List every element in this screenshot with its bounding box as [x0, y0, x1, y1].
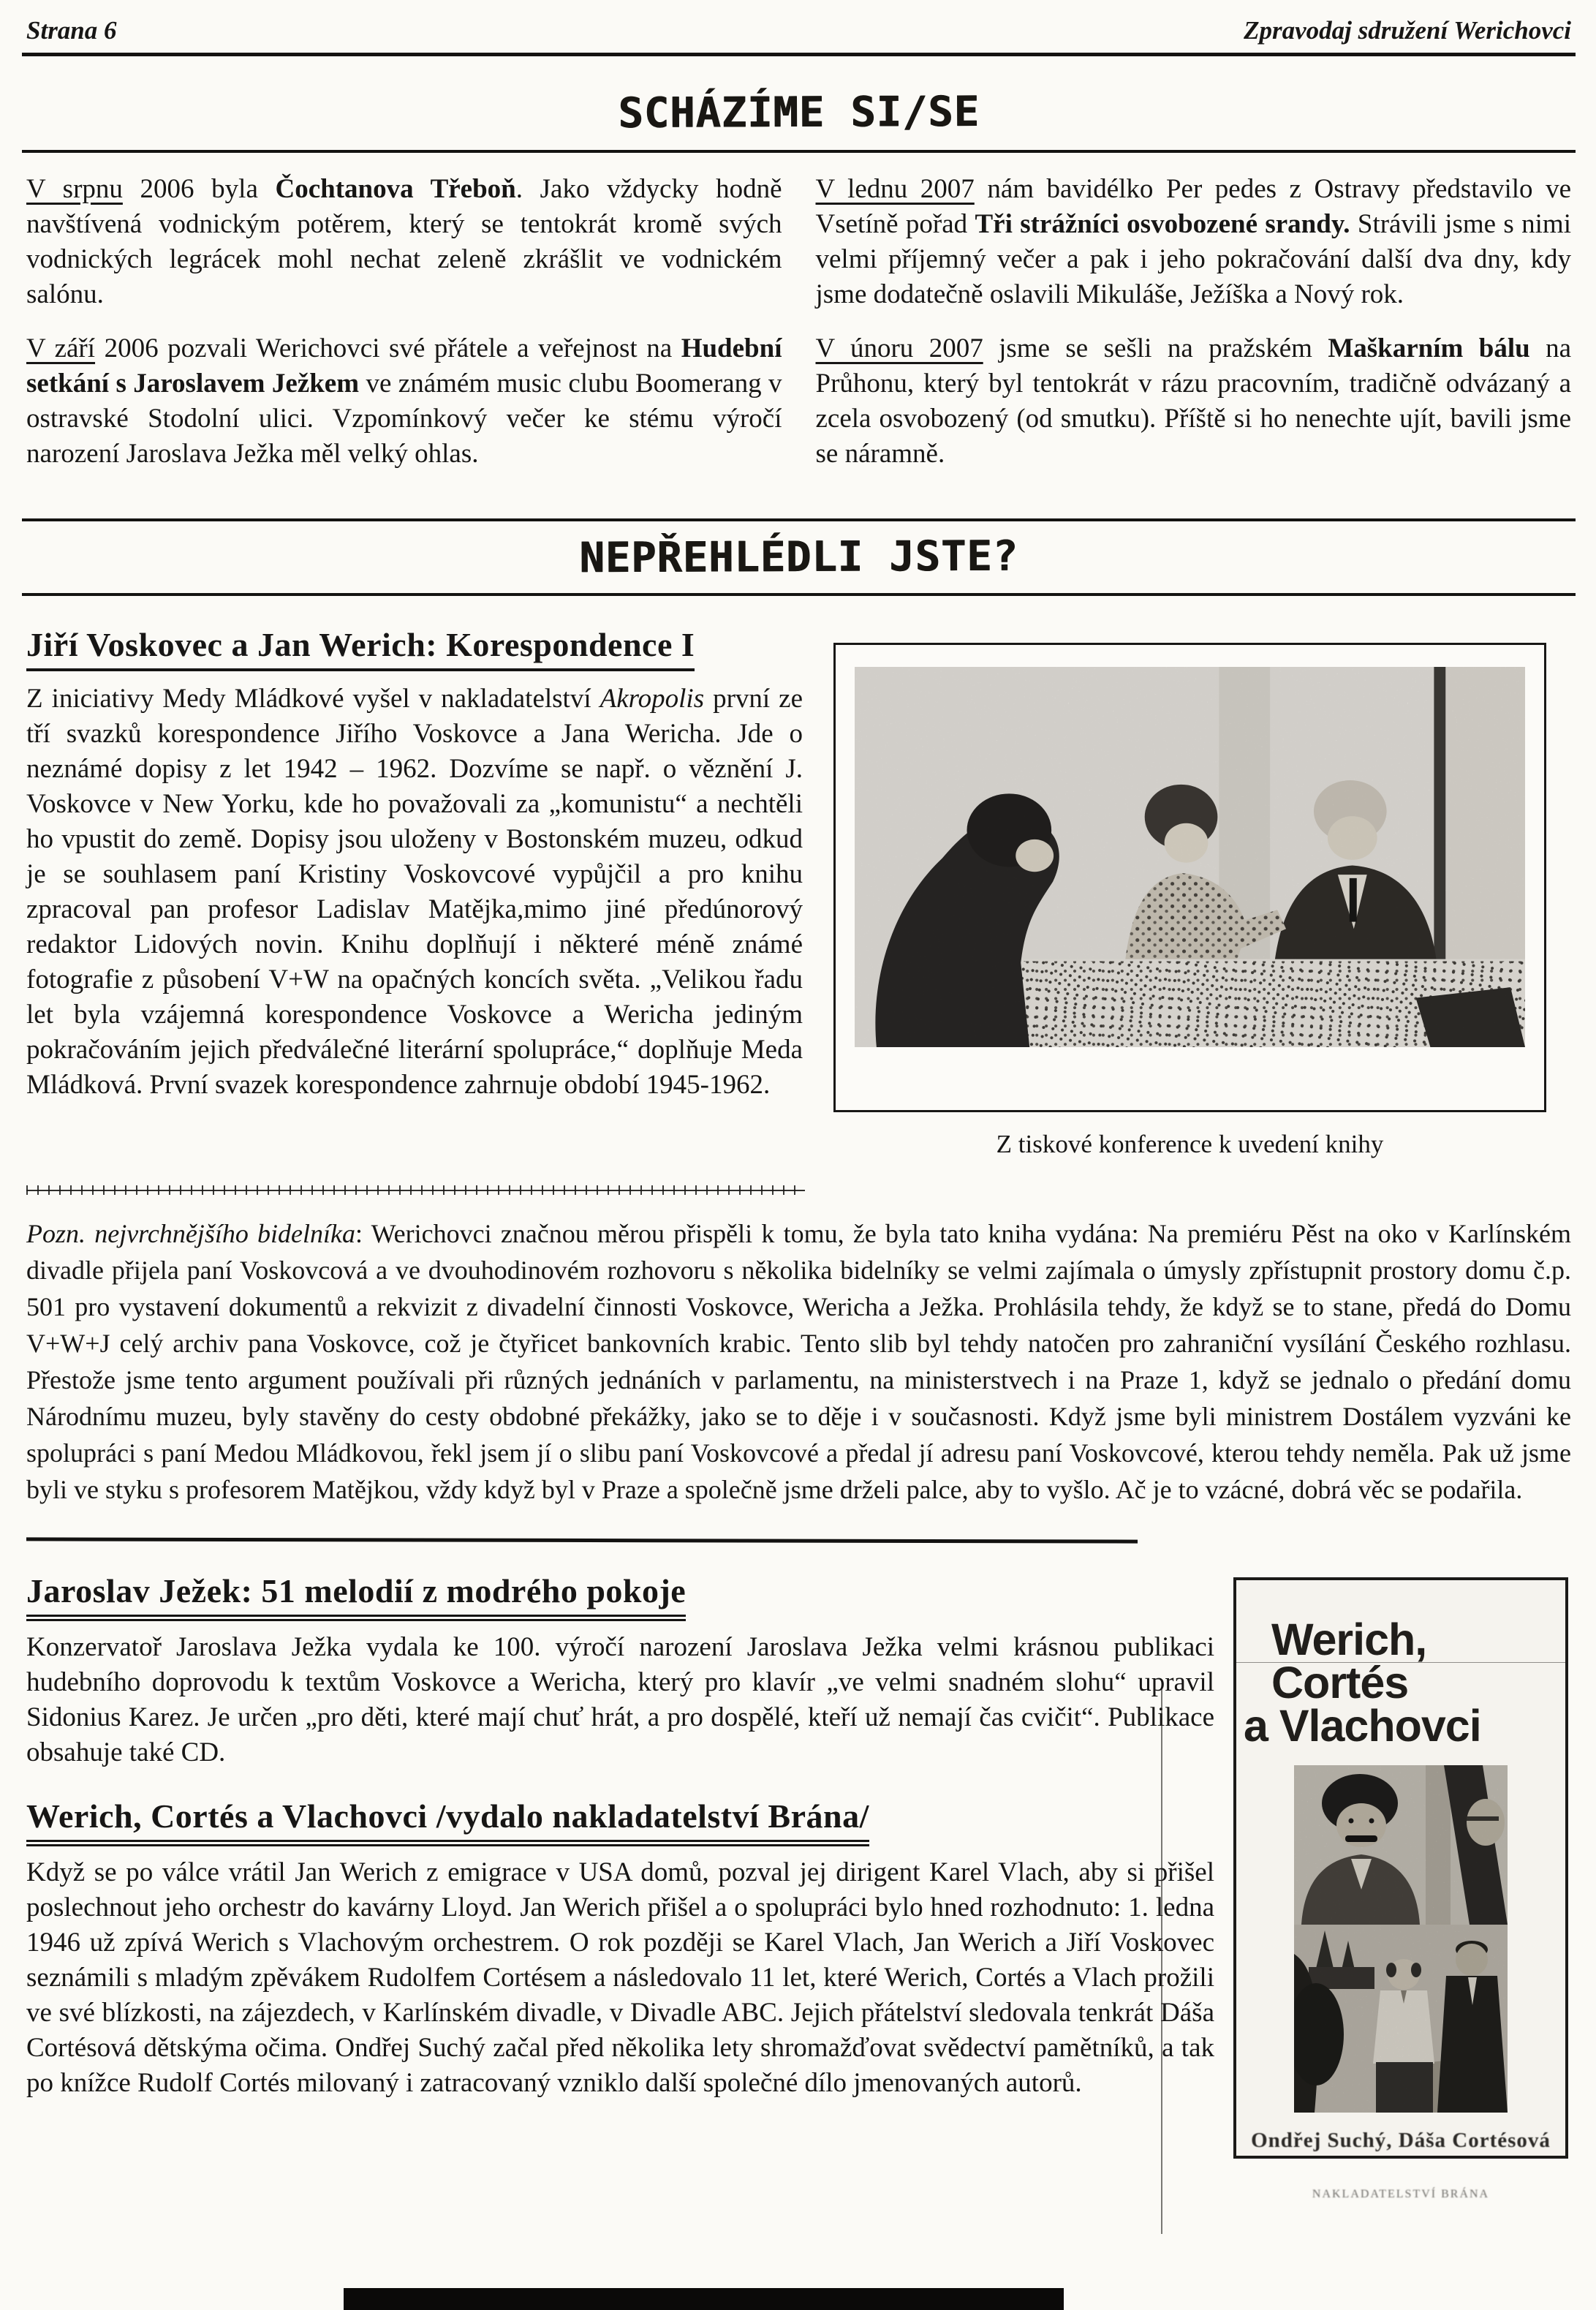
section-rule — [22, 518, 1576, 521]
date-underline: V září — [26, 333, 95, 363]
bottom-text-column: Jaroslav Ježek: 51 melodií z modrého pok… — [26, 1571, 1214, 2159]
editor-note: Pozn. nejvrchnějšího bidelníka: Werichov… — [26, 1215, 1571, 1508]
newsletter-page: Strana 6 Zpravodaj sdružení Werichovci S… — [0, 0, 1596, 2310]
article-text-column: Jiří Voskovec a Jan Werich: Korespondenc… — [26, 625, 803, 1159]
scan-artifact-line — [1161, 1689, 1162, 2234]
intro-left-column: V srpnu 2006 byla Čochtanova Třeboň. Jak… — [26, 172, 782, 472]
paragraph: V září 2006 pozvali Werichovci své přáte… — [26, 331, 782, 472]
book-cover-title-line2: a Vlachovci — [1236, 1705, 1565, 1748]
book-cover-authors: Ondřej Suchý, Dáša Cortésová — [1236, 2129, 1565, 2153]
bold-phrase: Tři strážníci osvobozené srandy. — [975, 209, 1350, 239]
book-cover-photos — [1294, 1765, 1508, 2113]
masthead-rule — [22, 53, 1576, 56]
article-heading: Jiří Voskovec a Jan Werich: Korespondenc… — [26, 625, 695, 671]
text-run: : Werichovci značnou měrou přispěli k to… — [26, 1219, 1571, 1504]
article-body: Konzervatoř Jaroslava Ježka vydala ke 10… — [26, 1630, 1214, 1770]
bottom-section: Jaroslav Ježek: 51 melodií z modrého pok… — [26, 1571, 1576, 2159]
section-rule — [22, 150, 1576, 153]
book-cover-publisher: NAKLADATELSTVÍ BRÁNA — [1236, 2188, 1565, 2201]
photo-column: Z tiskové konference k uvedení knihy — [833, 643, 1546, 1159]
page-number: Strana 6 — [26, 16, 117, 45]
bold-phrase: Maškarním bálu — [1328, 333, 1529, 363]
section-title-schazime: SCHÁZÍME SI/SE — [22, 85, 1576, 140]
paragraph: V únoru 2007 jsme se sešli na pražském M… — [816, 331, 1572, 472]
article-heading: Jaroslav Ježek: 51 melodií z modrého pok… — [26, 1571, 686, 1621]
book-cover-photo-bottom — [1294, 1925, 1508, 2113]
date-underline: V únoru 2007 — [816, 333, 983, 363]
article-body: Z iniciativy Medy Mládkové vyšel v nakla… — [26, 682, 803, 1103]
photo-caption: Z tiskové konference k uvedení knihy — [996, 1130, 1384, 1159]
article-body: Když se po válce vrátil Jan Werich z emi… — [26, 1855, 1214, 2101]
press-photo-frame — [833, 643, 1546, 1112]
cover-hairline — [1236, 1662, 1565, 1663]
bold-phrase: Čochtanova Třeboň — [276, 174, 516, 204]
date-underline: V lednu 2007 — [816, 174, 975, 204]
article-heading: Werich, Cortés a Vlachovci /vydalo nakla… — [26, 1797, 869, 1846]
newsletter-title: Zpravodaj sdružení Werichovci — [1244, 16, 1571, 45]
korespondence-article: Jiří Voskovec a Jan Werich: Korespondenc… — [22, 625, 1576, 1159]
text-run: první ze tří svazků korespondence Jiřího… — [26, 684, 803, 1100]
date-underline: V srpnu — [26, 174, 123, 204]
press-conference-photo — [855, 667, 1525, 1047]
masthead: Strana 6 Zpravodaj sdružení Werichovci — [22, 10, 1576, 53]
paragraph: V lednu 2007 nám bavidélko Per pedes z O… — [816, 172, 1572, 312]
text-run: Z iniciativy Medy Mládkové vyšel v nakla… — [26, 684, 600, 714]
italic-word: Akropolis — [600, 684, 705, 714]
book-cover-title-line1: Werich, Cortés — [1236, 1580, 1565, 1705]
intro-right-column: V lednu 2007 nám bavidélko Per pedes z O… — [816, 172, 1572, 472]
text-run: jsme se sešli na pražském — [983, 333, 1328, 363]
divider-rule — [26, 1537, 1138, 1543]
intro-columns: V srpnu 2006 byla Čochtanova Třeboň. Jak… — [22, 172, 1576, 472]
hatch-separator — [26, 1185, 805, 1195]
text-run: 2006 pozvali Werichovci své přátele a ve… — [95, 333, 681, 363]
note-lead-italic: Pozn. nejvrchnějšího bidelníka — [26, 1219, 355, 1248]
book-cover: Werich, Cortés a Vlachovci — [1233, 1577, 1568, 2159]
section-rule — [22, 593, 1576, 596]
section-title-neprehledli: NEPŘEHLÉDLI JSTE? — [22, 529, 1576, 584]
paragraph: V srpnu 2006 byla Čochtanova Třeboň. Jak… — [26, 172, 782, 312]
text-run: 2006 byla — [123, 174, 276, 204]
book-cover-photo-top — [1294, 1765, 1508, 1925]
bottom-scan-bar — [344, 2288, 1064, 2310]
